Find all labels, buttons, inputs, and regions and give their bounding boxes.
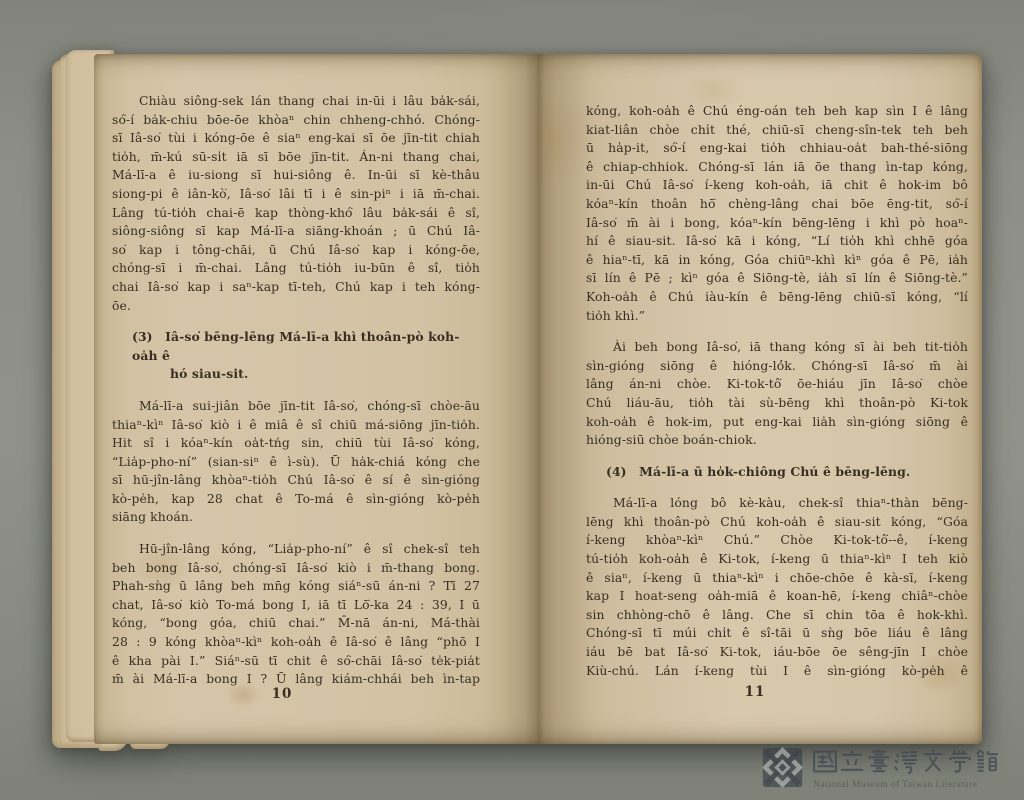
text-line: ê hiaⁿ-tī, kā in kóng, Góa chiūⁿ-khì kìⁿ… (586, 251, 968, 270)
heading-line: (3) Iâ-so͘ bēng-lēng Má-lī-a khì thoân-p… (112, 328, 480, 365)
left-page-text-column: Chiàu siông-sek lán thang chai in-ūi i l… (112, 92, 480, 689)
text-line: thiaⁿ-kìⁿ Iâ-so͘ kiò i ê miâ ê sî chiū m… (112, 416, 480, 435)
text-line: “Lia̍p-pho-ní” (sian-siⁿ ê ì-sù). Ū ha̍k… (112, 453, 480, 472)
text-line: kò-pe̍h, kap 28 chat ê To-má ê sìn-gióng… (112, 490, 480, 509)
text-line: kóaⁿ-kín thoân hō͘ chèng-lâng chai bōe ē… (586, 195, 968, 214)
text-line: hí ê siau-sit. Iâ-so͘ kā i kóng, “Lí tio… (586, 232, 968, 251)
text-line: kóng, “bong góa, chiū chai.” M̄-nā án-ni… (112, 614, 480, 633)
section-heading: (3) Iâ-so͘ bēng-lēng Má-lī-a khì thoân-p… (112, 328, 480, 384)
text-line: lēng khì thoân-pò Chú koh-oa̍h ê siau-si… (586, 513, 968, 532)
page-number-right: 11 (572, 684, 938, 700)
text-line: Kiù-chú. Lán í-keng tùi I ê sìn-gióng kò… (586, 662, 968, 681)
book-spread: Chiàu siông-sek lán thang chai in-ūi i l… (94, 54, 982, 744)
text-line: ê chiap-chhiok. Chóng-sī lán iā ōe thang… (586, 158, 968, 177)
text-line: Chóng-sī tī múi chi̍t ê sî-tāi ū sǹg bōe… (586, 624, 968, 643)
cjk-character-wan (893, 748, 919, 775)
heading-line: (4) Má-lī-a ū ho̍k-chiông Chú ê bēng-lēn… (586, 463, 968, 482)
paragraph: Ài beh bong Iâ-so͘, iā thang kóng sī ài … (586, 338, 968, 450)
text-line: siong-pi ê iân-kò͘, Iâ-so͘ lâi tī i ê si… (112, 185, 480, 204)
text-line: kap I hoat-seng oa̍h-miā ê koan-hē, í-ke… (586, 587, 968, 606)
cjk-character-tai (866, 748, 892, 775)
text-line: in-ūi Chú Iâ-so͘ í-keng koh-oa̍h, iā chi… (586, 176, 968, 195)
text-line: Lâng tú-tio̍h chai-ē kap thòng-khó͘ lâu … (112, 204, 480, 223)
page-number-left: 10 (106, 686, 458, 702)
text-line: ōe. (112, 297, 480, 316)
text-line: Chú liáu-āu, tio̍h tài sù-bēng khì thoân… (586, 394, 968, 413)
text-line: chóng-sī i m̄-chai. Lâng tú-tio̍h iu-būn… (112, 259, 480, 278)
paragraph: kóng, koh-oa̍h ê Chú éng-oán teh beh kap… (586, 102, 968, 325)
text-line: Hū-jîn-lâng kóng, “Lia̍p-pho-ní” ê sî ch… (112, 540, 480, 559)
text-line: í-keng khòaⁿ-kìⁿ Chú.” Chòe Ki-tok-tô͘--… (586, 531, 968, 550)
text-line: 28 : 9 kóng khòaⁿ-kìⁿ koh-oa̍h ê Iâ-so͘ … (112, 633, 480, 652)
text-line: siāng khoán. (112, 508, 480, 527)
text-line: lâng án-ni chòe. Ki-tok-tô͘ ōe-hiáu jīn … (586, 375, 968, 394)
paragraph: Hū-jîn-lâng kóng, “Lia̍p-pho-ní” ê sî ch… (112, 540, 480, 689)
cjk-character-guan (974, 748, 1000, 775)
museum-name-cjk (812, 748, 1000, 775)
text-line: Má-lī-a lóng bô kè-kàu, chek-sî thiaⁿ-th… (586, 494, 968, 513)
text-line: Phah-sǹg ū lâng beh mn̄g kóng siáⁿ-sū án… (112, 577, 480, 596)
text-line: kóng, koh-oa̍h ê Chú éng-oán teh beh kap… (586, 102, 968, 121)
scanned-book-photo: Chiàu siông-sek lán thang chai in-ūi i l… (0, 0, 1024, 800)
text-line: beh bong Iâ-so͘, chóng-sī Iâ-so͘ kiò i m… (112, 559, 480, 578)
text-line: siông-siông sī kap Má-lī-a siāng-khoán ;… (112, 222, 480, 241)
cjk-character-wen (920, 748, 946, 775)
museum-watermark: National Museum of Taiwan Literature (756, 740, 1024, 800)
text-line: chat, Iâ-so͘ kiò To-má bong I, iā tī Lō͘… (112, 596, 480, 615)
museum-logo-icon (762, 747, 803, 788)
text-line: ê kha pài I.” Siáⁿ-sū tī chit ê só͘-chāi… (112, 652, 480, 671)
text-line: iáu bē bat Iâ-so͘ Ki-tok, iáu-bōe ōe sên… (586, 643, 968, 662)
text-line: Koh-oa̍h ê Chú iàu-kín ê bēng-lēng chiū-… (586, 288, 968, 307)
text-line: sī hū-jîn-lâng khòaⁿ-tio̍h Chú Iâ-so͘ ê … (112, 471, 480, 490)
cjk-character-guo (812, 748, 838, 775)
text-line: chai Iâ-so͘ kap i saⁿ-kap tī-teh, Chú ka… (112, 278, 480, 297)
text-line: ê siaⁿ, í-keng ū thiaⁿ-kìⁿ i chōe-chōe ê… (586, 569, 968, 588)
text-line: Má-lī-a ê iu-siong sī hui-siông ê. In-ūi… (112, 166, 480, 185)
paragraph: Chiàu siông-sek lán thang chai in-ūi i l… (112, 92, 480, 315)
text-line: Chiàu siông-sek lán thang chai in-ūi i l… (112, 92, 480, 111)
text-line: ū ha̍p-it, só͘-í eng-kai tio̍h chhiau-oa… (586, 139, 968, 158)
text-line: tú-tio̍h koh-oa̍h ê Ki-tok, í-keng ū thi… (586, 550, 968, 569)
text-line: Má-lī-a sui-jiân bōe jīn-tit Iâ-so͘, chó… (112, 397, 480, 416)
right-page-text-column: kóng, koh-oa̍h ê Chú éng-oán teh beh kap… (586, 102, 968, 680)
text-line: Ài beh bong Iâ-so͘, iā thang kóng sī ài … (586, 338, 968, 357)
text-line: koh-oa̍h ê hok-im, put eng-kai lia̍h sìn… (586, 413, 968, 432)
paragraph: Má-lī-a sui-jiân bōe jīn-tit Iâ-so͘, chó… (112, 397, 480, 527)
text-line: só͘-í ba̍k-chiu bōe-ōe khòaⁿ chin chheng… (112, 111, 480, 130)
section-heading: (4) Má-lī-a ū ho̍k-chiông Chú ê bēng-lēn… (586, 463, 968, 482)
text-line: Hit sî i kóaⁿ-kín oa̍t-tńg sin, chiū tùi… (112, 434, 480, 453)
book-gutter (483, 54, 593, 744)
museum-name-english: National Museum of Taiwan Literature (813, 779, 1023, 790)
cjk-character-li (839, 748, 865, 775)
text-line: kiat-liân chòe chi̍t thé, chiū-sī cheng-… (586, 121, 968, 140)
text-line: sìn-gióng siōng ê hióng-ló̍k. Chóng-sī I… (586, 357, 968, 376)
open-book: Chiàu siông-sek lán thang chai in-ūi i l… (52, 48, 986, 748)
text-line: sin chhòng-chō ê lâng. Che sī chin tōa ê… (586, 606, 968, 625)
text-line: sī lín ê Pē ; kìⁿ góa ê Siōng-tè, ia̍h s… (586, 269, 968, 288)
text-line: so͘ kap i tông-chāi, ū Chú Iâ-so͘ kap i … (112, 241, 480, 260)
text-line: tio̍h, m̄-kú sū-si̍t iā sī bōe jīn-tit. … (112, 148, 480, 167)
text-line: sī Iâ-so͘ tùi i kóng-ōe ê siaⁿ eng-kai s… (112, 129, 480, 148)
text-line: tio̍h khì.” (586, 307, 968, 326)
paragraph: Má-lī-a lóng bô kè-kàu, chek-sî thiaⁿ-th… (586, 494, 968, 680)
text-line: Iâ-so͘ m̄ ài i bong, kóaⁿ-kín bēng-lēng … (586, 214, 968, 233)
cjk-character-xue (947, 748, 973, 775)
heading-line: hó siau-sit. (112, 365, 480, 384)
text-line: hióng-siū chòe boán-chiok. (586, 431, 968, 450)
